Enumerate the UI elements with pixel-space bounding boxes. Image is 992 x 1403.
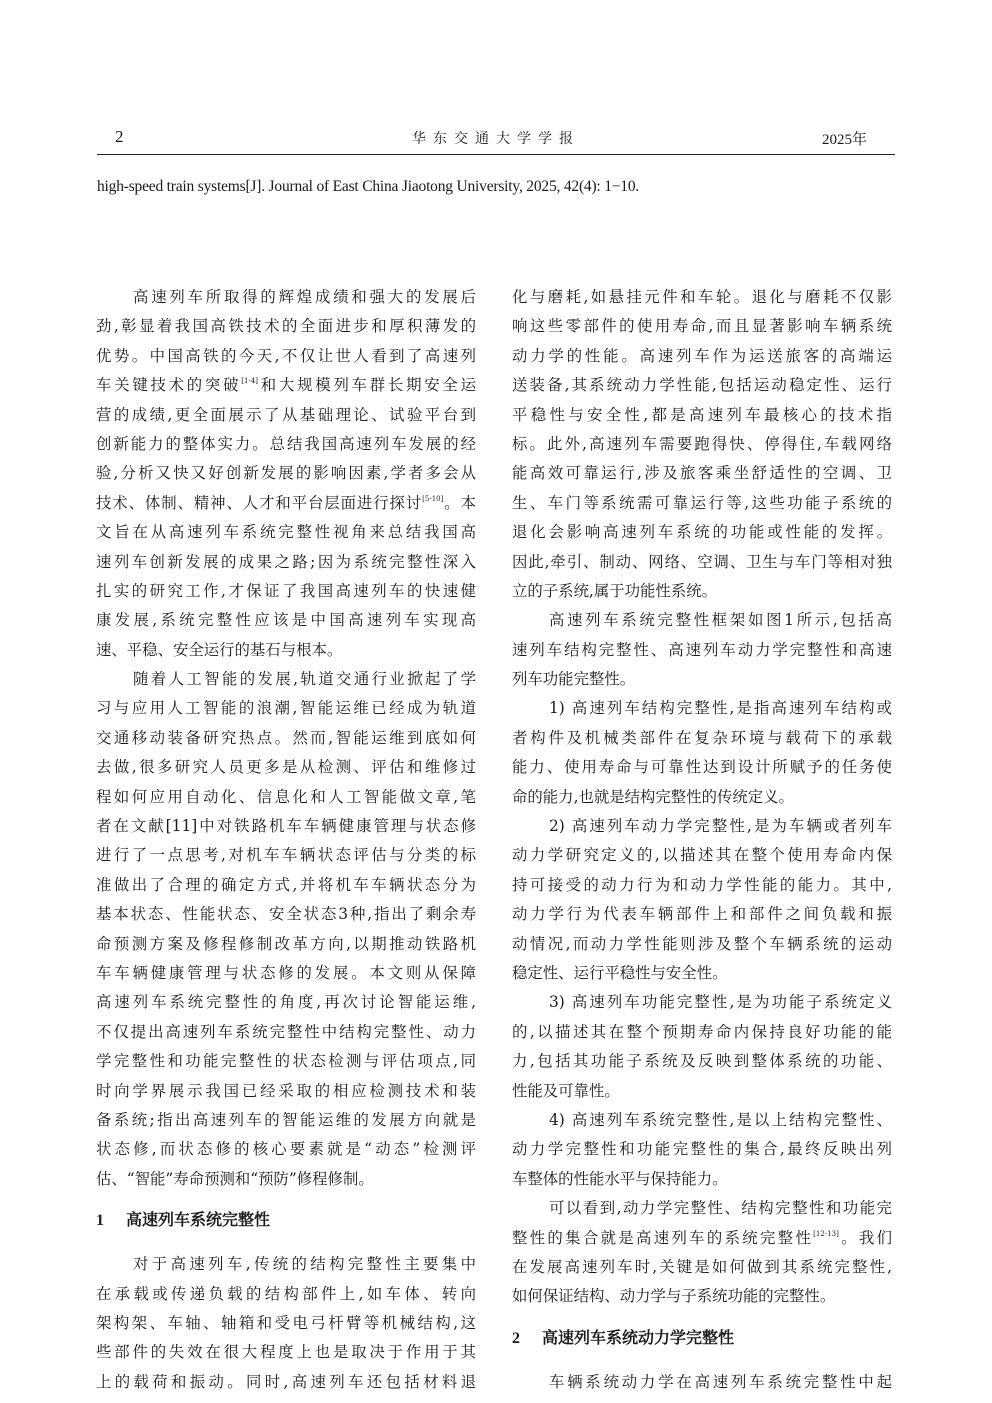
text-line: 在承载或传递负载的结构部件上,如车体、转向 xyxy=(96,1280,476,1309)
text-line: 生、车门等系统需可靠运行等,这些功能子系统的 xyxy=(512,489,892,518)
text-line: 动力学完整性和功能完整性的集合,最终反映出列 xyxy=(512,1135,892,1164)
text-line: 状态修,而状态修的核心要素就是“动态”检测评 xyxy=(96,1135,476,1164)
list-item: 1) 高速列车结构完整性,是指高速列车结构或者构件及机械类部件在复杂环境与载荷下… xyxy=(512,694,892,812)
text-line: 技术、体制、精神、人才和平台层面进行探讨[5-10]。本 xyxy=(96,489,476,518)
text-line: 响这些零部件的使用寿命,而且显著影响车辆系统 xyxy=(512,312,892,341)
list-item: 3) 高速列车功能完整性,是为功能子系统定义的,以描述其在整个预期寿命内保持良好… xyxy=(512,988,892,1106)
text-line: 车辆系统动力学在高速列车系统完整性中起 xyxy=(512,1368,892,1397)
paragraph: 高速列车系统完整性框架如图1所示,包括高速列车结构完整性、高速列车动力学完整性和… xyxy=(512,606,892,694)
paragraph: 化与磨耗,如悬挂元件和车轮。退化与磨耗不仅影响这些零部件的使用寿命,而且显著影响… xyxy=(512,283,892,606)
running-header: 2 华东交通大学学报 2025年 xyxy=(97,124,895,154)
text-line: 立的子系统,属于功能性系统。 xyxy=(512,577,892,606)
text-line: 1) 高速列车结构完整性,是指高速列车结构或 xyxy=(512,694,892,723)
section-heading-2: 2高速列车系统动力学完整性 xyxy=(512,1318,892,1358)
text-line: 速列车创新发展的成果之路;因为系统完整性深入 xyxy=(96,548,476,577)
text-line: 车整体的性能水平与保持能力。 xyxy=(512,1165,892,1194)
header-divider xyxy=(97,154,895,155)
text-line: 准做出了合理的确定方式,并将机车车辆状态分为 xyxy=(96,871,476,900)
text-line: 车车辆健康管理与状态修的发展。本文则从保障 xyxy=(96,959,476,988)
paragraph: 随着人工智能的发展,轨道交通行业掀起了学习与应用人工智能的浪潮,智能运维已经成为… xyxy=(96,665,476,1194)
text-line: 在发展高速列车时,关键是如何做到其系统完整性, xyxy=(512,1253,892,1282)
text-line: 2) 高速列车动力学完整性,是为车辆或者列车 xyxy=(512,812,892,841)
text-line: 速列车结构完整性、高速列车动力学完整性和高速 xyxy=(512,636,892,665)
text-line: 标。此外,高速列车需要跑得快、停得住,车载网络 xyxy=(512,430,892,459)
text-line: 基本状态、性能状态、安全状态3种,指出了剩余寿 xyxy=(96,900,476,929)
right-column: 化与磨耗,如悬挂元件和车轮。退化与磨耗不仅影响这些零部件的使用寿命,而且显著影响… xyxy=(512,283,892,1397)
publication-year: 2025年 xyxy=(822,128,867,149)
paragraph: 对于高速列车,传统的结构完整性主要集中在承载或传递负载的结构部件上,如车体、转向… xyxy=(96,1250,476,1397)
text-line: 动力学的性能。高速列车作为运送旅客的高端运 xyxy=(512,342,892,371)
text-line: 动情况,而动力学性能则涉及整个车辆系统的运动 xyxy=(512,930,892,959)
text-line: 车关键技术的突破[1-4]和大规模列车群长期安全运 xyxy=(96,371,476,400)
text-line: 速、平稳、安全运行的基石与根本。 xyxy=(96,636,476,665)
text-line: 高速列车系统完整性框架如图1所示,包括高 xyxy=(512,606,892,635)
text-line: 优势。中国高铁的今天,不仅让世人看到了高速列 xyxy=(96,342,476,371)
text-line: 高速列车所取得的辉煌成绩和强大的发展后 xyxy=(96,283,476,312)
text-line: 架构架、车轴、轴箱和受电弓杆臂等机械结构,这 xyxy=(96,1309,476,1338)
text-line: 营的成绩,更全面展示了从基础理论、试验平台到 xyxy=(96,401,476,430)
text-line: 动力学研究定义的,以描述其在整个使用寿命内保 xyxy=(512,841,892,870)
text-line: 平稳性与安全性,都是高速列车最核心的技术指 xyxy=(512,401,892,430)
text-line: 因此,牵引、制动、网络、空调、卫生与车门等相对独 xyxy=(512,548,892,577)
text-line: 创新能力的整体实力。总结我国高速列车发展的经 xyxy=(96,430,476,459)
paragraph: 可以看到,动力学完整性、结构完整性和功能完整性的集合就是高速列车的系统完整性[1… xyxy=(512,1194,892,1312)
text-line: 3) 高速列车功能完整性,是为功能子系统定义 xyxy=(512,988,892,1017)
text-line: 程如何应用自动化、信息化和人工智能做文章,笔 xyxy=(96,783,476,812)
text-line: 可以看到,动力学完整性、结构完整性和功能完 xyxy=(512,1194,892,1223)
text-line: 验,分析又快又好创新发展的影响因素,学者多会从 xyxy=(96,459,476,488)
text-line: 如何保证结构、动力学与子系统功能的完整性。 xyxy=(512,1282,892,1311)
text-line: 稳定性、运行平稳性与安全性。 xyxy=(512,959,892,988)
text-line: 扎实的研究工作,才保证了我国高速列车的快速健 xyxy=(96,577,476,606)
text-line: 高速列车系统完整性的角度,再次讨论智能运维, xyxy=(96,988,476,1017)
text-line: 列车功能完整性。 xyxy=(512,665,892,694)
text-line: 送装备,其系统动力学性能,包括运动稳定性、运行 xyxy=(512,371,892,400)
list-item: 4) 高速列车系统完整性,是以上结构完整性、动力学完整性和功能完整性的集合,最终… xyxy=(512,1106,892,1194)
text-line: 能力、使用寿命与可靠性达到设计所赋予的任务使 xyxy=(512,753,892,782)
text-line: 时向学界展示我国已经采取的相应检测技术和装 xyxy=(96,1077,476,1106)
text-line: 估、“智能”寿命预测和“预防”修程修制。 xyxy=(96,1165,476,1194)
text-line: 化与磨耗,如悬挂元件和车轮。退化与磨耗不仅影 xyxy=(512,283,892,312)
text-line: 备系统;指出高速列车的智能运维的发展方向就是 xyxy=(96,1106,476,1135)
section-number: 1 xyxy=(96,1201,126,1241)
text-line: 力,包括其功能子系统及反映到整体系统的功能、 xyxy=(512,1047,892,1076)
reference-citation[interactable]: [1-4] xyxy=(241,377,258,385)
text-line: 者构件及机械类部件在复杂环境与载荷下的承载 xyxy=(512,724,892,753)
text-line: 能高效可靠运行,涉及旅客乘坐舒适性的空调、卫 xyxy=(512,459,892,488)
text-line: 随着人工智能的发展,轨道交通行业掀起了学 xyxy=(96,665,476,694)
section-heading-1: 1高速列车系统完整性 xyxy=(96,1200,476,1240)
section-title: 高速列车系统动力学完整性 xyxy=(542,1328,734,1347)
text-line: 退化会影响高速列车系统的功能或性能的发挥。 xyxy=(512,518,892,547)
text-line: 康发展,系统完整性应该是中国高速列车实现高 xyxy=(96,606,476,635)
text-line: 去做,很多研究人员更多是从检测、评估和维修过 xyxy=(96,753,476,782)
text-line: 学完整性和功能完整性的状态检测与评估项点,同 xyxy=(96,1047,476,1076)
text-line: 对于高速列车,传统的结构完整性主要集中 xyxy=(96,1250,476,1279)
section-number: 2 xyxy=(512,1319,542,1359)
left-column: 高速列车所取得的辉煌成绩和强大的发展后劲,彰显着我国高铁技术的全面进步和厚积薄发… xyxy=(96,283,476,1397)
text-line: 4) 高速列车系统完整性,是以上结构完整性、 xyxy=(512,1106,892,1135)
text-line: 文旨在从高速列车系统完整性视角来总结我国高 xyxy=(96,518,476,547)
text-line: 性能及可靠性。 xyxy=(512,1077,892,1106)
text-line: 进行了一点思考,对机车车辆状态评估与分类的标 xyxy=(96,841,476,870)
section-title: 高速列车系统完整性 xyxy=(126,1210,270,1229)
text-line: 动力学行为代表车辆部件上和部件之间负载和振 xyxy=(512,900,892,929)
text-line: 不仅提出高速列车系统完整性中结构完整性、动力 xyxy=(96,1018,476,1047)
citation-tail: high-speed train systems[J]. Journal of … xyxy=(97,178,639,196)
list-item: 2) 高速列车动力学完整性,是为车辆或者列车动力学研究定义的,以描述其在整个使用… xyxy=(512,812,892,988)
text-line: 整性的集合就是高速列车的系统完整性[12-13]。我们 xyxy=(512,1224,892,1253)
paragraph: 车辆系统动力学在高速列车系统完整性中起 xyxy=(512,1368,892,1397)
text-line: 命预测方案及修程修制改革方向,以期推动铁路机 xyxy=(96,930,476,959)
text-line: 交通移动装备研究热点。然而,智能运维到底如何 xyxy=(96,724,476,753)
reference-citation[interactable]: [12-13] xyxy=(813,1230,839,1238)
text-line: 者在文献[11]中对铁路机车车辆健康管理与状态修 xyxy=(96,812,476,841)
text-line: 上的载荷和振动。同时,高速列车还包括材料退 xyxy=(96,1368,476,1397)
text-line: 的,以描述其在整个预期寿命内保持良好功能的能 xyxy=(512,1018,892,1047)
journal-name: 华东交通大学学报 xyxy=(97,128,895,148)
text-line: 些部件的失效在很大程度上也是取决于作用于其 xyxy=(96,1338,476,1367)
text-line: 劲,彰显着我国高铁技术的全面进步和厚积薄发的 xyxy=(96,312,476,341)
text-line: 命的能力,也就是结构完整性的传统定义。 xyxy=(512,783,892,812)
text-line: 习与应用人工智能的浪潮,智能运维已经成为轨道 xyxy=(96,694,476,723)
reference-citation[interactable]: [5-10] xyxy=(422,495,443,503)
paragraph: 高速列车所取得的辉煌成绩和强大的发展后劲,彰显着我国高铁技术的全面进步和厚积薄发… xyxy=(96,283,476,665)
text-line: 持可接受的动力行为和动力学性能的能力。其中, xyxy=(512,871,892,900)
